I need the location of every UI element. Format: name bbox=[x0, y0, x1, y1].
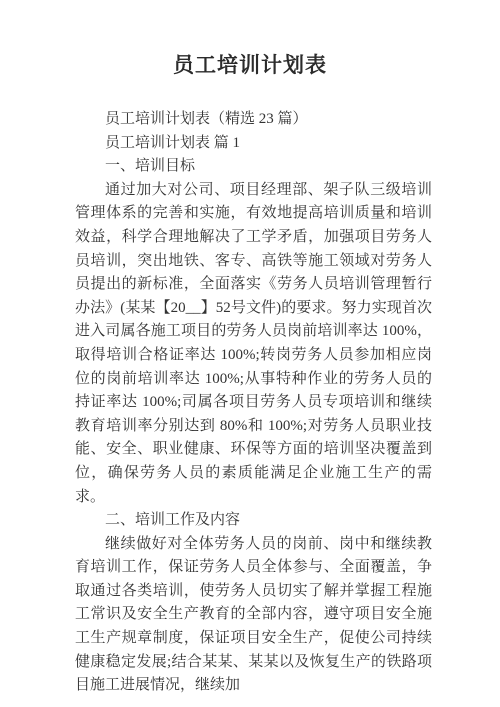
document-body: 员工培训计划表（精选 23 篇） 员工培训计划表 篇 1 一、培训目标 通过加大… bbox=[75, 108, 432, 698]
intro-line: 员工培训计划表 篇 1 bbox=[75, 132, 432, 156]
section-heading: 一、培训目标 bbox=[75, 155, 432, 179]
body-paragraph: 通过加大对公司、项目经理部、架子队三级培训管理体系的完善和实施，有效地提高培训质… bbox=[75, 179, 432, 509]
body-paragraph: 继续做好对全体劳务人员的岗前、岗中和继续教育培训工作，保证劳务人员全体参与、全面… bbox=[75, 533, 432, 698]
document-page: 员工培训计划表 员工培训计划表（精选 23 篇） 员工培训计划表 篇 1 一、培… bbox=[0, 0, 500, 707]
section-heading: 二、培训工作及内容 bbox=[75, 509, 432, 533]
page-title: 员工培训计划表 bbox=[0, 50, 500, 80]
intro-line: 员工培训计划表（精选 23 篇） bbox=[75, 108, 432, 132]
